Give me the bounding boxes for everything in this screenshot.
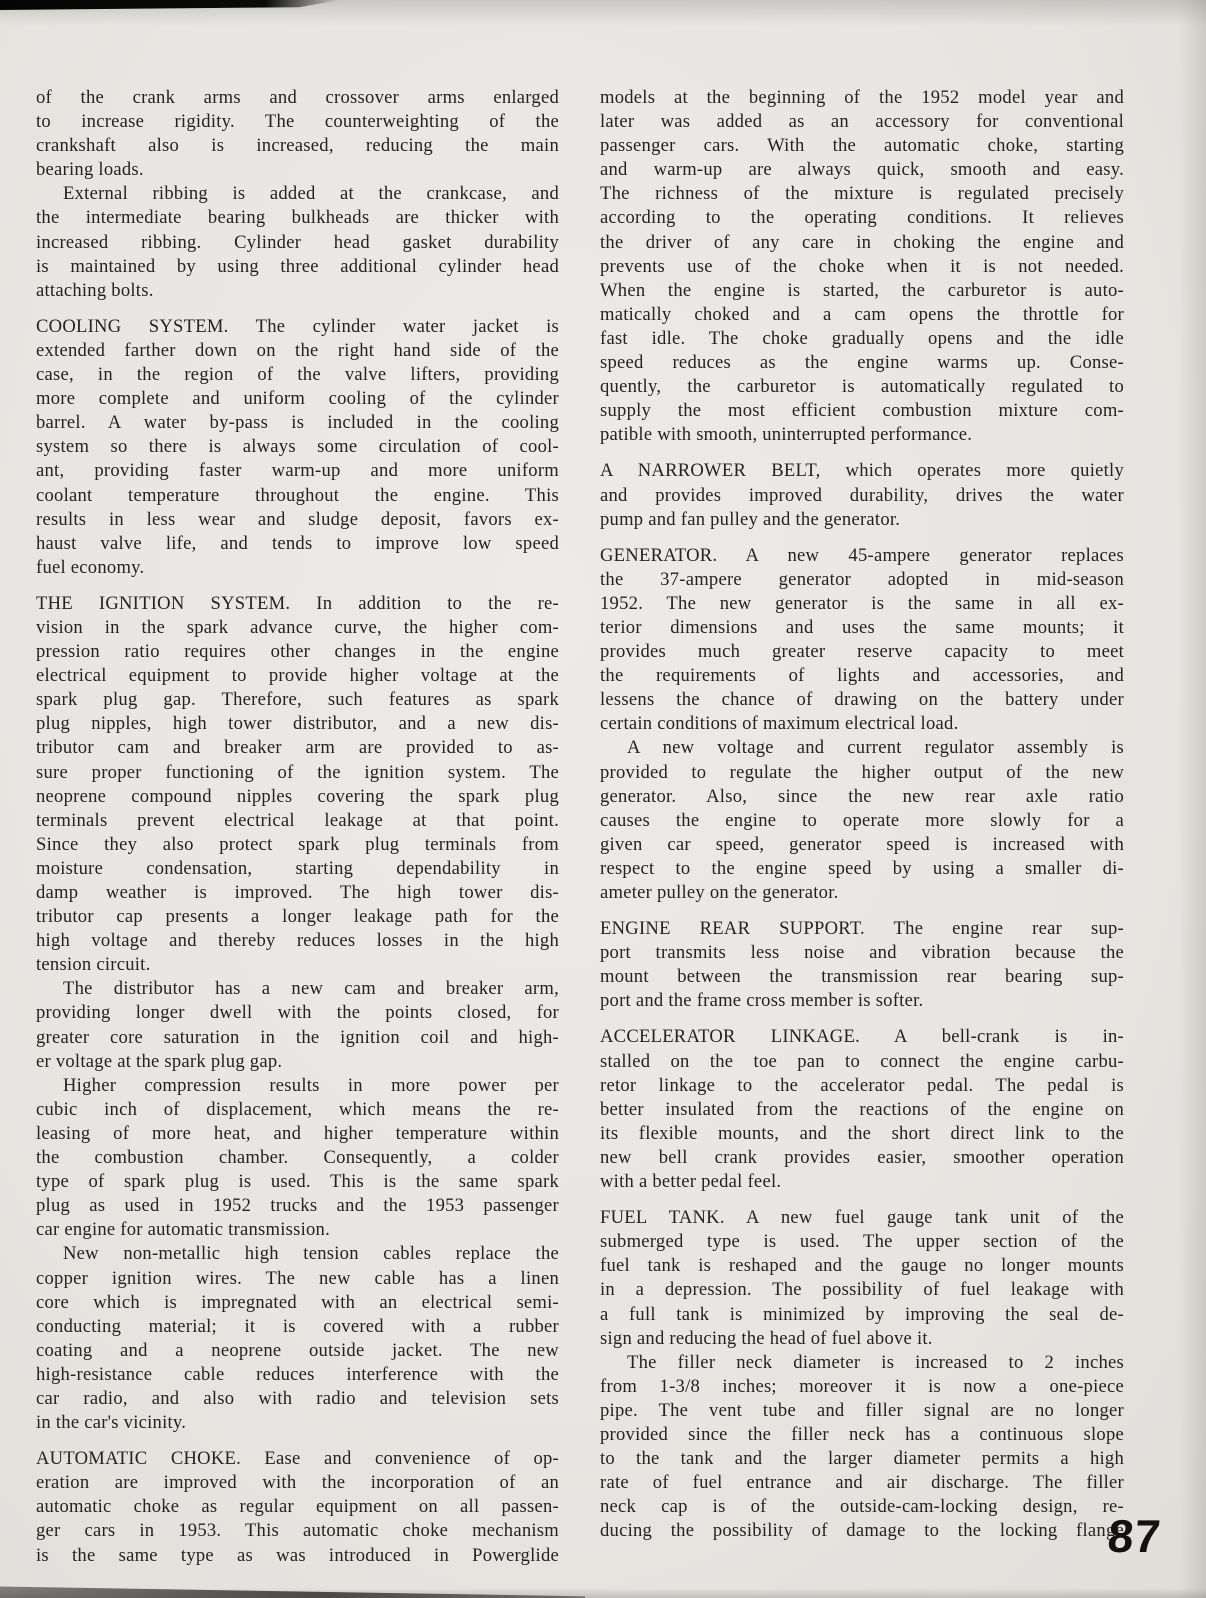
text-line: New non-metallic high tension cables rep… bbox=[36, 1242, 559, 1266]
text-line: to increase rigidity. The counterweighti… bbox=[36, 110, 559, 134]
text-line: new bell crank provides easier, smoother… bbox=[600, 1146, 1124, 1170]
text-line: high-resistance cable reduces interferen… bbox=[36, 1363, 559, 1387]
text-line: 1952. The new generator is the same in a… bbox=[600, 592, 1124, 616]
text-line: er voltage at the spark plug gap. bbox=[36, 1050, 559, 1074]
text-line: extended farther down on the right hand … bbox=[36, 339, 559, 363]
text-line: submerged type is used. The upper sectio… bbox=[600, 1230, 1124, 1254]
text-line: The richness of the mixture is regulated… bbox=[600, 182, 1124, 206]
text-line: more complete and uniform cooling of the… bbox=[36, 387, 559, 411]
text-line: When the engine is started, the carburet… bbox=[600, 279, 1124, 303]
text-line: lessens the chance of drawing on the bat… bbox=[600, 688, 1124, 712]
text-line: in a depression. The possibility of fuel… bbox=[600, 1278, 1124, 1302]
text-line: attaching bolts. bbox=[36, 279, 559, 303]
text-line: conducting material; it is covered with … bbox=[36, 1315, 559, 1339]
text-line: barrel. A water by-pass is included in t… bbox=[36, 411, 559, 435]
left-column: of the crank arms and crossover arms enl… bbox=[36, 86, 559, 1568]
text-line: copper ignition wires. The new cable has… bbox=[36, 1267, 559, 1291]
text-line: is the same type as was introduced in Po… bbox=[36, 1544, 559, 1568]
text-line: The filler neck diameter is increased to… bbox=[600, 1351, 1124, 1375]
text-line: to the tank and the larger diameter perm… bbox=[600, 1447, 1124, 1471]
text-line: certain conditions of maximum electrical… bbox=[600, 712, 1124, 736]
text-line: crankshaft also is increased, reducing t… bbox=[36, 134, 559, 158]
text-line: generator. Also, since the new rear axle… bbox=[600, 785, 1124, 809]
section-cooling-system: COOLING SYSTEM. The cylinder water jacke… bbox=[36, 315, 559, 580]
text-line: coolant temperature throughout the engin… bbox=[36, 484, 559, 508]
section-generator: GENERATOR. A new 45-ampere generator rep… bbox=[600, 544, 1124, 737]
text-line: the driver of any care in choking the en… bbox=[600, 231, 1124, 255]
text-line: greater core saturation in the ignition … bbox=[36, 1026, 559, 1050]
section-narrower-belt: A NARROWER BELT, which operates more qui… bbox=[600, 459, 1124, 531]
text-line: tributor cam and breaker arm are provide… bbox=[36, 736, 559, 760]
text-line: mount between the transmission rear bear… bbox=[600, 965, 1124, 989]
text-line: supply the most efficient combustion mix… bbox=[600, 399, 1124, 423]
text-line: better insulated from the reactions of t… bbox=[600, 1098, 1124, 1122]
text-line: patible with smooth, uninterrupted perfo… bbox=[600, 423, 1124, 447]
text-line: pression ratio requires other changes in… bbox=[36, 640, 559, 664]
text-line: fast idle. The choke gradually opens and… bbox=[600, 327, 1124, 351]
text-line: given car speed, generator speed is incr… bbox=[600, 833, 1124, 857]
text-line: coating and a neoprene outside jacket. T… bbox=[36, 1339, 559, 1363]
text-line: speed reduces as the engine warms up. Co… bbox=[600, 351, 1124, 375]
text-line: tributor cap presents a longer leakage p… bbox=[36, 905, 559, 929]
text-line: pump and fan pulley and the generator. bbox=[600, 508, 1124, 532]
text-line: stalled on the toe pan to connect the en… bbox=[600, 1050, 1124, 1074]
para-distributor-cam: The distributor has a new cam and breake… bbox=[36, 977, 559, 1073]
right-column: models at the beginning of the 1952 mode… bbox=[600, 86, 1124, 1543]
para-choke-continuation: models at the beginning of the 1952 mode… bbox=[600, 86, 1124, 447]
text-line: and provides improved durability, drives… bbox=[600, 484, 1124, 508]
text-line: high voltage and thereby reduces losses … bbox=[36, 929, 559, 953]
text-line: retor linkage to the accelerator pedal. … bbox=[600, 1074, 1124, 1098]
text-line: car engine for automatic transmission. bbox=[36, 1218, 559, 1242]
text-line: automatic choke as regular equipment on … bbox=[36, 1495, 559, 1519]
text-line: electrical equipment to provide higher v… bbox=[36, 664, 559, 688]
text-line: port transmits less noise and vibration … bbox=[600, 941, 1124, 965]
para-higher-compression: Higher compression results in more power… bbox=[36, 1074, 559, 1243]
text-line: providing longer dwell with the points c… bbox=[36, 1001, 559, 1025]
text-line: spark plug gap. Therefore, such features… bbox=[36, 688, 559, 712]
text-line: of the crank arms and crossover arms enl… bbox=[36, 86, 559, 110]
text-line: increased ribbing. Cylinder head gasket … bbox=[36, 231, 559, 255]
text-line: port and the frame cross member is softe… bbox=[600, 989, 1124, 1013]
text-line: terior dimensions and uses the same moun… bbox=[600, 616, 1124, 640]
text-line: Higher compression results in more power… bbox=[36, 1074, 559, 1098]
text-line: quently, the carburetor is automatically… bbox=[600, 375, 1124, 399]
text-line: terminals prevent electrical leakage at … bbox=[36, 809, 559, 833]
text-line: FUEL TANK. A new fuel gauge tank unit of… bbox=[600, 1206, 1124, 1230]
text-line: plug as used in 1952 trucks and the 1953… bbox=[36, 1194, 559, 1218]
text-line: sure proper functioning of the ignition … bbox=[36, 761, 559, 785]
text-line: plug nipples, high tower distributor, an… bbox=[36, 712, 559, 736]
scan-right-shadow bbox=[1178, 0, 1206, 1598]
text-line: A NARROWER BELT, which operates more qui… bbox=[600, 459, 1124, 483]
text-line: respect to the engine speed by using a s… bbox=[600, 857, 1124, 881]
text-line: moisture condensation, starting dependab… bbox=[36, 857, 559, 881]
text-line: ACCELERATOR LINKAGE. A bell-crank is in- bbox=[600, 1025, 1124, 1049]
text-line: sign and reducing the head of fuel above… bbox=[600, 1327, 1124, 1351]
text-line: according to the operating conditions. I… bbox=[600, 206, 1124, 230]
text-line: its flexible mounts, and the short direc… bbox=[600, 1122, 1124, 1146]
text-line: a full tank is minimized by improving th… bbox=[600, 1303, 1124, 1327]
text-line: Since they also protect spark plug termi… bbox=[36, 833, 559, 857]
text-line: eration are improved with the incorporat… bbox=[36, 1471, 559, 1495]
section-ignition-system: THE IGNITION SYSTEM. In addition to the … bbox=[36, 592, 559, 978]
text-line: results in less wear and sludge deposit,… bbox=[36, 508, 559, 532]
para-external-ribbing: External ribbing is added at the crankca… bbox=[36, 182, 559, 302]
text-line: provided to regulate the higher output o… bbox=[600, 761, 1124, 785]
text-line: neoprene compound nipples covering the s… bbox=[36, 785, 559, 809]
text-line: ant, providing faster warm-up and more u… bbox=[36, 459, 559, 483]
text-line: case, in the region of the valve lifters… bbox=[36, 363, 559, 387]
text-line: ENGINE REAR SUPPORT. The engine rear sup… bbox=[600, 917, 1124, 941]
text-line: provided since the filler neck has a con… bbox=[600, 1423, 1124, 1447]
text-line: passenger cars. With the automatic choke… bbox=[600, 134, 1124, 158]
text-line: The distributor has a new cam and breake… bbox=[36, 977, 559, 1001]
text-line: cubic inch of displacement, which means … bbox=[36, 1098, 559, 1122]
para-high-tension-cables: New non-metallic high tension cables rep… bbox=[36, 1242, 559, 1435]
text-line: the combustion chamber. Consequently, a … bbox=[36, 1146, 559, 1170]
para-voltage-regulator: A new voltage and current regulator asse… bbox=[600, 736, 1124, 905]
text-line: later was added as an accessory for conv… bbox=[600, 110, 1124, 134]
text-line: in the car's vicinity. bbox=[36, 1411, 559, 1435]
text-line: is maintained by using three additional … bbox=[36, 255, 559, 279]
text-line: matically choked and a cam opens the thr… bbox=[600, 303, 1124, 327]
text-line: THE IGNITION SYSTEM. In addition to the … bbox=[36, 592, 559, 616]
text-line: core which is impregnated with an electr… bbox=[36, 1291, 559, 1315]
text-line: car radio, and also with radio and telev… bbox=[36, 1387, 559, 1411]
text-line: system so there is always some circulati… bbox=[36, 435, 559, 459]
text-line: pipe. The vent tube and filler signal ar… bbox=[600, 1399, 1124, 1423]
text-line: rate of fuel entrance and air discharge.… bbox=[600, 1471, 1124, 1495]
section-automatic-choke: AUTOMATIC CHOKE. Ease and convenience of… bbox=[36, 1447, 559, 1567]
text-line: A new voltage and current regulator asse… bbox=[600, 736, 1124, 760]
page-number: 87 bbox=[1106, 1514, 1163, 1558]
document-page: of the crank arms and crossover arms enl… bbox=[0, 0, 1206, 1598]
text-line: ducing the possibility of damage to the … bbox=[600, 1519, 1124, 1543]
text-line: COOLING SYSTEM. The cylinder water jacke… bbox=[36, 315, 559, 339]
text-line: fuel tank is reshaped and the gauge no l… bbox=[600, 1254, 1124, 1278]
text-line: causes the engine to operate more slowly… bbox=[600, 809, 1124, 833]
para-filler-neck: The filler neck diameter is increased to… bbox=[600, 1351, 1124, 1544]
text-line: fuel economy. bbox=[36, 556, 559, 580]
text-line: GENERATOR. A new 45-ampere generator rep… bbox=[600, 544, 1124, 568]
text-line: leasing of more heat, and higher tempera… bbox=[36, 1122, 559, 1146]
text-line: provides much greater reserve capacity t… bbox=[600, 640, 1124, 664]
section-engine-rear-support: ENGINE REAR SUPPORT. The engine rear sup… bbox=[600, 917, 1124, 1013]
text-line: External ribbing is added at the crankca… bbox=[36, 182, 559, 206]
para-crankshaft-continuation: of the crank arms and crossover arms enl… bbox=[36, 86, 559, 182]
text-line: type of spark plug is used. This is the … bbox=[36, 1170, 559, 1194]
text-line: bearing loads. bbox=[36, 158, 559, 182]
text-line: models at the beginning of the 1952 mode… bbox=[600, 86, 1124, 110]
text-line: haust valve life, and tends to improve l… bbox=[36, 532, 559, 556]
text-line: ger cars in 1953. This automatic choke m… bbox=[36, 1519, 559, 1543]
text-line: tension circuit. bbox=[36, 953, 559, 977]
text-line: and warm-up are always quick, smooth and… bbox=[600, 158, 1124, 182]
text-line: prevents use of the choke when it is not… bbox=[600, 255, 1124, 279]
section-accelerator-linkage: ACCELERATOR LINKAGE. A bell-crank is in-… bbox=[600, 1025, 1124, 1194]
text-line: ameter pulley on the generator. bbox=[600, 881, 1124, 905]
text-line: vision in the spark advance curve, the h… bbox=[36, 616, 559, 640]
text-line: neck cap is of the outside-cam-locking d… bbox=[600, 1495, 1124, 1519]
section-fuel-tank: FUEL TANK. A new fuel gauge tank unit of… bbox=[600, 1206, 1124, 1351]
text-line: AUTOMATIC CHOKE. Ease and convenience of… bbox=[36, 1447, 559, 1471]
text-line: the 37-ampere generator adopted in mid-s… bbox=[600, 568, 1124, 592]
text-line: the intermediate bearing bulkheads are t… bbox=[36, 206, 559, 230]
text-line: damp weather is improved. The high tower… bbox=[36, 881, 559, 905]
text-line: from 1-3/8 inches; moreover it is now a … bbox=[600, 1375, 1124, 1399]
text-line: with a better pedal feel. bbox=[600, 1170, 1124, 1194]
text-line: the requirements of lights and accessori… bbox=[600, 664, 1124, 688]
